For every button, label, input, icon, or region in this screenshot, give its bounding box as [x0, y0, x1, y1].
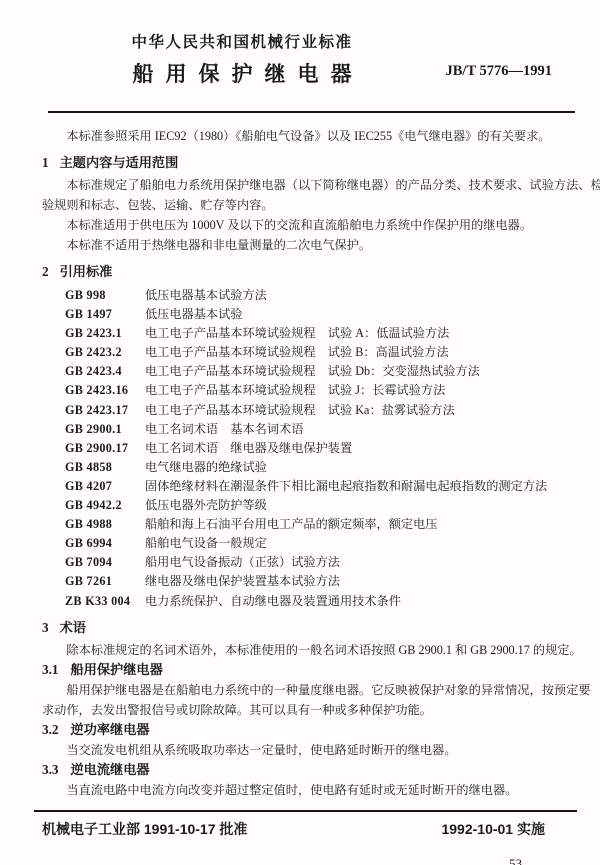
document-header: 中华人民共和国机械行业标准 船用保护继电器 JB/T 5776—1991	[42, 33, 570, 88]
footer-rule	[34, 810, 577, 812]
reference-item: GB 4942.2低压电器外壳防护等级	[65, 496, 570, 515]
document-footer: 机械电子工业部 1991-10-17 批准 1992-10-01 实施	[42, 819, 570, 839]
section-2-number: 2	[42, 264, 49, 279]
reference-code: GB 2423.17	[65, 401, 136, 420]
reference-code: GB 7094	[65, 553, 136, 572]
section-1-title: 主题内容与适用范围	[60, 155, 179, 170]
section-1-number: 1	[42, 155, 49, 170]
reference-code: GB 2423.4	[65, 362, 136, 381]
reference-title: 电气继电器的绝缘试验	[145, 458, 267, 477]
section-2-heading: 2引用标准	[42, 262, 570, 282]
header-rule	[48, 111, 575, 113]
reference-item: GB 7261继电器及继电保护装置基本试验方法	[65, 572, 570, 591]
reference-code: GB 7261	[65, 572, 136, 591]
standard-number: JB/T 5776—1991	[446, 63, 552, 80]
document-body: 本标准参照采用 IEC92（1980）《船舶电气设备》以及 IEC255《电气继…	[42, 126, 570, 800]
section-3-heading: 3术语	[42, 618, 570, 638]
section-1-heading: 1主题内容与适用范围	[42, 153, 570, 173]
term-3-2-definition: 当交流发电机组从系统吸取功率达一定量时，使电路延时断开的继电器。	[42, 740, 570, 760]
reference-title: 电工电子产品基本环境试验规程 试验 Db：交变湿热试验方法	[145, 362, 480, 381]
reference-title: 电工名词术语 继电器及继电保护装置	[145, 439, 352, 458]
section-2-title: 引用标准	[60, 264, 113, 279]
term-3-2-heading: 3.2逆功率继电器	[42, 720, 570, 740]
term-3-1-definition: 求动作，去发出警报信号或切除故障。其可以具有一种或多种保护功能。	[42, 700, 570, 720]
term-3-1-heading: 3.1船用保护继电器	[42, 660, 570, 680]
reference-title: 电工电子产品基本环境试验规程 试验 A：低温试验方法	[145, 324, 449, 343]
section-3-number: 3	[42, 620, 49, 635]
reference-item: GB 4207固体绝缘材料在潮湿条件下相比漏电起痕指数和耐漏电起痕指数的测定方法	[65, 477, 570, 496]
reference-code: GB 2423.1	[65, 324, 136, 343]
section-1-line: 本标准适用于供电压为 1000V 及以下的交流和直流船舶电力系统中作保护用的继电…	[42, 215, 570, 235]
reference-list: GB 998低压电器基本试验方法 GB 1497低压电器基本试验 GB 2423…	[65, 286, 570, 611]
section-3-intro: 除本标准规定的名词术语外，本标准使用的一般名词术语按照 GB 2900.1 和 …	[42, 640, 570, 660]
document-page: 中华人民共和国机械行业标准 船用保护继电器 JB/T 5776—1991 本标准…	[0, 0, 600, 865]
document-title: 船用保护继电器	[42, 62, 442, 88]
reference-title: 继电器及继电保护装置基本试验方法	[145, 572, 340, 591]
reference-item: GB 1497低压电器基本试验	[65, 305, 570, 324]
reference-code: ZB K33 004	[65, 592, 136, 611]
reference-item: GB 2423.4电工电子产品基本环境试验规程 试验 Db：交变湿热试验方法	[65, 362, 570, 381]
term-3-1-definition: 船用保护继电器是在船舶电力系统中的一种量度继电器。它反映被保护对象的异常情况，按…	[42, 680, 570, 700]
standard-class-title: 中华人民共和国机械行业标准	[42, 33, 442, 53]
reference-item: GB 2423.2电工电子产品基本环境试验规程 试验 B：高温试验方法	[65, 343, 570, 362]
reference-code: GB 1497	[65, 305, 136, 324]
reference-code: GB 2423.16	[65, 381, 136, 400]
reference-code: GB 6994	[65, 534, 136, 553]
reference-item: GB 2900.17电工名词术语 继电器及继电保护装置	[65, 439, 570, 458]
reference-code: GB 4858	[65, 458, 136, 477]
reference-item: GB 4858电气继电器的绝缘试验	[65, 458, 570, 477]
reference-item: GB 2423.17电工电子产品基本环境试验规程 试验 Ka：盐雾试验方法	[65, 401, 570, 420]
reference-item: GB 4988船舶和海上石油平台用电工产品的额定频率，额定电压	[65, 515, 570, 534]
reference-title: 电力系统保护、自动继电器及装置通用技术条件	[145, 592, 401, 611]
approval-info: 机械电子工业部 1991-10-17 批准	[42, 819, 247, 839]
reference-item: GB 6994船舶电气设备一般规定	[65, 534, 570, 553]
term-3-1-number: 3.1	[42, 662, 58, 677]
section-1-line: 本标准不适用于热继电器和非电量测量的二次电气保护。	[42, 235, 570, 255]
reference-item: GB 2423.16电工电子产品基本环境试验规程 试验 J：长霉试验方法	[65, 381, 570, 400]
reference-item: GB 2423.1电工电子产品基本环境试验规程 试验 A：低温试验方法	[65, 324, 570, 343]
reference-title: 电工电子产品基本环境试验规程 试验 J：长霉试验方法	[145, 381, 445, 400]
term-3-3-definition: 当直流电路中电流方向改变并超过整定值时，使电路有延时或无延时断开的继电器。	[42, 780, 570, 800]
term-3-3-heading: 3.3逆电流继电器	[42, 760, 570, 780]
reference-item: GB 7094船用电气设备振动（正弦）试验方法	[65, 553, 570, 572]
reference-code: GB 4988	[65, 515, 136, 534]
reference-title: 低压电器外壳防护等级	[145, 496, 267, 515]
reference-code: GB 998	[65, 286, 136, 305]
section-1-line: 验规则和标志、包装、运输、贮存等内容。	[42, 195, 570, 215]
section-3-title: 术语	[60, 620, 86, 635]
page-number: 53	[42, 856, 570, 865]
reference-title: 船舶电气设备一般规定	[145, 534, 267, 553]
reference-title: 船用电气设备振动（正弦）试验方法	[145, 553, 340, 572]
reference-item: GB 2900.1电工名词术语 基本名词术语	[65, 420, 570, 439]
term-3-2-name: 逆功率继电器	[70, 722, 149, 737]
reference-title: 低压电器基本试验	[145, 305, 243, 324]
term-3-3-name: 逆电流继电器	[70, 762, 149, 777]
term-3-2-number: 3.2	[42, 722, 58, 737]
term-3-1-name: 船用保护继电器	[70, 662, 162, 677]
reference-code: GB 2423.2	[65, 343, 136, 362]
reference-title: 固体绝缘材料在潮湿条件下相比漏电起痕指数和耐漏电起痕指数的测定方法	[145, 477, 547, 496]
reference-title: 电工电子产品基本环境试验规程 试验 B：高温试验方法	[145, 343, 449, 362]
reference-title: 电工电子产品基本环境试验规程 试验 Ka：盐雾试验方法	[145, 401, 455, 420]
reference-code: GB 2900.1	[65, 420, 136, 439]
intro-paragraph: 本标准参照采用 IEC92（1980）《船舶电气设备》以及 IEC255《电气继…	[42, 126, 570, 146]
reference-item: GB 998低压电器基本试验方法	[65, 286, 570, 305]
reference-code: GB 4942.2	[65, 496, 136, 515]
reference-title: 船舶和海上石油平台用电工产品的额定频率，额定电压	[145, 515, 438, 534]
reference-title: 电工名词术语 基本名词术语	[145, 420, 303, 439]
reference-code: GB 2900.17	[65, 439, 136, 458]
section-1-line: 本标准规定了船舶电力系统用保护继电器（以下简称继电器）的产品分类、技术要求、试验…	[42, 175, 570, 195]
term-3-3-number: 3.3	[42, 762, 58, 777]
reference-title: 低压电器基本试验方法	[145, 286, 267, 305]
reference-code: GB 4207	[65, 477, 136, 496]
reference-item: ZB K33 004电力系统保护、自动继电器及装置通用技术条件	[65, 592, 570, 611]
implementation-info: 1992-10-01 实施	[441, 819, 545, 839]
